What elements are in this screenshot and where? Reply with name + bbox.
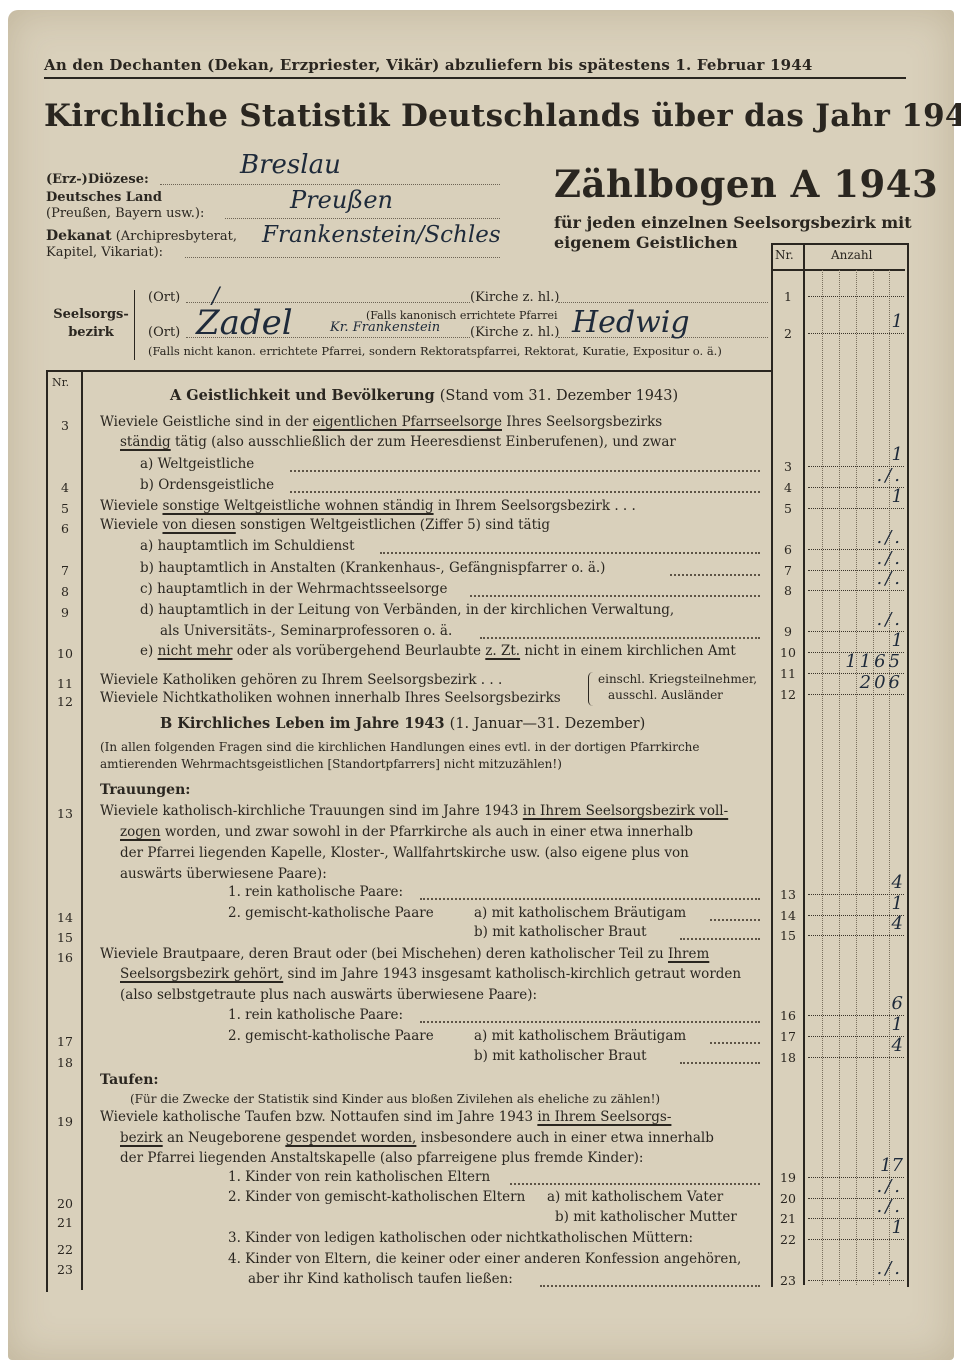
leader-dots	[290, 470, 760, 472]
answer-value[interactable]: 4	[892, 1035, 903, 1056]
question-17a: a) mit katholischem Bräutigam	[474, 1028, 686, 1044]
question-number: 23	[50, 1262, 80, 1277]
question-3-cont: ständig tätig (also ausschließlich der z…	[120, 434, 676, 450]
answer-row-line	[808, 333, 904, 334]
question-number: 4	[50, 480, 80, 495]
answer-row-line	[808, 487, 904, 488]
question-number: 15	[50, 930, 80, 945]
answer-value[interactable]: ./.	[876, 1196, 903, 1217]
answer-row-number: 6	[773, 542, 803, 557]
land-value: Preußen	[290, 186, 393, 214]
question-9d-cont: als Universitäts-, Seminarprofessoren o.…	[160, 623, 452, 639]
question-14a: a) mit katholischem Bräutigam	[474, 905, 686, 921]
question-number: 19	[50, 1114, 80, 1129]
answer-row-line	[808, 631, 904, 632]
question-19-1: 1. Kinder von rein katholischen Eltern	[228, 1169, 490, 1185]
question-19-cont2: der Pfarrei liegenden Anstaltskapelle (a…	[120, 1150, 643, 1166]
digit-guide	[873, 270, 874, 1285]
question-16: Wieviele Brautpaare, deren Braut oder (b…	[100, 946, 709, 962]
answer-value[interactable]: 1	[892, 893, 903, 914]
leader-dots	[670, 574, 760, 576]
answer-row-line	[808, 694, 904, 695]
dioezese-label: (Erz-)Diözese:	[46, 172, 149, 187]
question-19: Wieviele katholische Taufen bzw. Nottauf…	[100, 1109, 671, 1125]
dekanat-hint: Kapitel, Vikariat):	[46, 245, 163, 260]
questions-nr-header: Nr.	[52, 376, 69, 389]
answer-row-line	[808, 1015, 904, 1016]
answer-row-line	[808, 1280, 904, 1281]
section-b-note: (In allen folgenden Fragen sind die kirc…	[100, 740, 700, 754]
question-13-1: 1. rein katholische Paare:	[228, 884, 403, 900]
question-21b: b) mit katholischer Mutter	[555, 1209, 737, 1225]
nr-column-separator	[81, 372, 83, 1290]
answer-row-number: 12	[773, 687, 803, 702]
ort1-label: (Ort)	[148, 290, 180, 305]
dekanat-value: Frankenstein/Schles	[262, 222, 501, 248]
leader-dots	[540, 1285, 760, 1287]
dioezese-value: Breslau	[240, 150, 341, 180]
answer-row-number: 21	[773, 1211, 803, 1226]
question-number: 3	[50, 418, 80, 433]
answer-header: Nr. Anzahl	[771, 243, 905, 271]
answer-row-number: 9	[773, 624, 803, 639]
question-18b: b) mit katholischer Braut	[474, 1048, 647, 1064]
answer-row-number: 5	[773, 501, 803, 516]
answer-row-line	[808, 1218, 904, 1219]
answer-row-number: 16	[773, 1008, 803, 1023]
answer-value[interactable]: 206	[860, 672, 903, 693]
page-title: Kirchliche Statistik Deutschlands über d…	[44, 98, 961, 134]
question-number: 12	[50, 694, 80, 709]
answer-value[interactable]: 1	[892, 444, 903, 465]
taufen-note: (Für die Zwecke der Statistik sind Kinde…	[130, 1092, 660, 1106]
kirche1-field[interactable]	[558, 302, 768, 303]
answer-value[interactable]: 17	[880, 1155, 903, 1176]
leader-dots	[680, 938, 760, 940]
question-number: 17	[50, 1034, 80, 1049]
digit-guide	[839, 270, 840, 1285]
kirche2-value: Hedwig	[572, 305, 690, 340]
answer-row-number: 19	[773, 1170, 803, 1185]
dioezese-field[interactable]	[160, 184, 500, 185]
answer-value[interactable]: 4	[892, 872, 903, 893]
answer-row-number: 8	[773, 583, 803, 598]
question-7b: b) hauptamtlich in Anstalten (Krankenhau…	[140, 560, 605, 576]
question-14-2: 2. gemischt-katholische Paare	[228, 905, 434, 921]
answer-value[interactable]: ./.	[876, 1258, 903, 1279]
digit-guide	[889, 270, 890, 1285]
ort2-label: (Ort)	[148, 325, 180, 340]
brace	[134, 290, 135, 360]
question-6a: a) hauptamtlich im Schuldienst	[140, 538, 355, 554]
question-17-2: 2. gemischt-katholische Paare	[228, 1028, 434, 1044]
nr-separator	[803, 245, 805, 1285]
land-field[interactable]	[225, 218, 500, 219]
dekanat-field[interactable]	[185, 257, 500, 258]
ort2-value: Zadel	[196, 303, 293, 343]
answer-value[interactable]: ./.	[876, 548, 903, 569]
answer-row-number: 4	[773, 480, 803, 495]
leader-dots	[420, 1021, 760, 1023]
question-3a: a) Weltgeistliche	[140, 456, 254, 472]
answer-value[interactable]: 6	[892, 993, 903, 1014]
answer-value[interactable]: ./.	[876, 465, 903, 486]
answer-row-number: 23	[773, 1273, 803, 1288]
answer-value[interactable]: ./.	[876, 527, 903, 548]
leader-dots	[680, 1062, 760, 1064]
dekanat-label: Dekanat (Archipresbyterat,	[46, 229, 237, 244]
question-number: 21	[50, 1215, 80, 1230]
question-number: 11	[50, 676, 80, 691]
question-number: 16	[50, 950, 80, 965]
question-13-cont2: der Pfarrei liegenden Kapelle, Kloster-,…	[120, 845, 689, 861]
question-4b: b) Ordensgeistliche	[140, 477, 274, 493]
question-13-cont: zogen worden, und zwar sowohl in der Pfa…	[120, 824, 693, 840]
answer-value[interactable]: 1	[892, 1217, 903, 1238]
question-23-4-cont: aber ihr Kind katholisch taufen ließen:	[248, 1271, 513, 1287]
answer-row-number: 15	[773, 928, 803, 943]
question-15b: b) mit katholischer Braut	[474, 924, 647, 940]
submission-deadline: An den Dechanten (Dekan, Erzpriester, Vi…	[44, 56, 906, 79]
answer-row-line	[808, 1036, 904, 1037]
question-10e: e) nicht mehr oder als vorübergehend Beu…	[140, 643, 736, 659]
question-19-cont: bezirk an Neugeborene gespendet worden, …	[120, 1130, 714, 1146]
question-13: Wieviele katholisch-kirchliche Trauungen…	[100, 803, 728, 819]
answer-row-number: 18	[773, 1050, 803, 1065]
seelsorgsbezirk-label: Seelsorgs- bezirk	[46, 306, 136, 342]
leader-dots	[470, 595, 760, 597]
q12-note: ausschl. Ausländer	[608, 688, 723, 702]
answer-value[interactable]: 1	[892, 630, 903, 651]
answer-row-number: 20	[773, 1191, 803, 1206]
answer-value[interactable]: 1	[892, 311, 903, 332]
question-number: 14	[50, 910, 80, 925]
question-13-cont3: auswärts überwiesene Paare):	[120, 866, 327, 882]
trauungen-heading: Trauungen:	[100, 782, 190, 798]
answer-row-line	[808, 590, 904, 591]
leader-dots	[510, 1183, 760, 1185]
question-23-4: 4. Kinder von Eltern, die keiner oder ei…	[228, 1251, 741, 1267]
land-label: Deutsches Land	[46, 190, 162, 205]
question-8c: c) hauptamtlich in der Wehrmachtsseelsor…	[140, 581, 448, 597]
answer-value[interactable]: ./.	[876, 1176, 903, 1197]
question-16-cont: Seelsorgsbezirk gehört, sind im Jahre 19…	[120, 966, 741, 982]
anzahl-header: Anzahl	[831, 248, 872, 262]
section-b-note-cont: amtierenden Wehrmachtsgeistlichen [Stand…	[100, 757, 562, 771]
answer-row-number: 1	[773, 289, 803, 304]
digit-guide	[856, 270, 857, 1285]
brace	[588, 672, 593, 706]
leader-dots	[290, 491, 760, 493]
question-9d: d) hauptamtlich in der Leitung von Verbä…	[140, 602, 674, 618]
answer-row-line	[808, 296, 904, 297]
question-6: Wieviele von diesen sonstigen Weltgeistl…	[100, 517, 550, 533]
question-number: 10	[50, 646, 80, 661]
answer-row-number: 3	[773, 459, 803, 474]
answer-row-number: 10	[773, 645, 803, 660]
answer-row-line	[808, 1057, 904, 1058]
question-number: 18	[50, 1055, 80, 1070]
digit-guide	[822, 270, 823, 1285]
answer-row-number: 7	[773, 563, 803, 578]
answer-row-number: 13	[773, 887, 803, 902]
question-number: 13	[50, 806, 80, 821]
question-5: Wieviele sonstige Weltgeistliche wohnen …	[100, 498, 636, 514]
taufen-heading: Taufen:	[100, 1072, 159, 1088]
answer-value[interactable]: 4	[892, 913, 903, 934]
question-20a: a) mit katholischem Vater	[547, 1189, 723, 1205]
falls-nicht-note: (Falls nicht kanon. errichtete Pfarrei, …	[148, 344, 722, 359]
question-number: 9	[50, 605, 80, 620]
answer-value[interactable]: 1165	[845, 651, 903, 672]
form-title: Zählbogen A 1943	[554, 162, 938, 206]
question-number: 5	[50, 501, 80, 516]
question-number: 8	[50, 584, 80, 599]
answer-row-number: 14	[773, 908, 803, 923]
question-20-2: 2. Kinder von gemischt-katholischen Elte…	[228, 1189, 525, 1205]
nr-header: Nr.	[775, 248, 794, 262]
question-number: 6	[50, 521, 80, 536]
answer-value[interactable]: ./.	[876, 568, 903, 589]
answer-row-line	[808, 894, 904, 895]
question-12: Wieviele Nichtkatholiken wohnen innerhal…	[100, 690, 561, 706]
q11-note: einschl. Kriegsteilnehmer,	[598, 672, 757, 686]
leader-dots	[380, 552, 760, 554]
section-a-title: A Geistlichkeit und Bevölkerung (Stand v…	[170, 387, 678, 404]
question-16-1: 1. rein katholische Paare:	[228, 1007, 403, 1023]
leader-dots	[420, 898, 760, 900]
leader-dots	[710, 1042, 760, 1044]
answer-row-line	[808, 915, 904, 916]
answer-value[interactable]: ./.	[876, 609, 903, 630]
question-3: Wieviele Geistliche sind in der eigentli…	[100, 414, 662, 430]
answer-row-number: 2	[773, 326, 803, 341]
section-b-title: B Kirchliches Leben im Jahre 1943 (1. Ja…	[160, 715, 645, 732]
kirche2-label: (Kirche z. hl.)	[470, 325, 559, 340]
answer-row-line	[808, 1239, 904, 1240]
land-hint: (Preußen, Bayern usw.):	[46, 206, 204, 221]
answer-row-line	[808, 935, 904, 936]
answer-row-number: 11	[773, 666, 803, 681]
question-22-3: 3. Kinder von ledigen katholischen oder …	[228, 1230, 693, 1246]
ort2-suffix: Kr. Frankenstein	[330, 320, 440, 335]
answer-row-line	[808, 508, 904, 509]
answer-row-number: 22	[773, 1232, 803, 1247]
leader-dots	[710, 919, 760, 921]
answer-value[interactable]: 1	[892, 486, 903, 507]
question-number: 20	[50, 1196, 80, 1211]
kirche1-label: (Kirche z. hl.)	[470, 290, 559, 305]
question-11: Wieviele Katholiken gehören zu Ihrem See…	[100, 672, 502, 688]
question-16-cont2: (also selbstgetraute plus nach auswärts …	[120, 987, 537, 1003]
answer-row-number: 17	[773, 1029, 803, 1044]
answer-value[interactable]: 1	[892, 1014, 903, 1035]
leader-dots	[480, 637, 760, 639]
question-number: 7	[50, 563, 80, 578]
question-number: 22	[50, 1242, 80, 1257]
